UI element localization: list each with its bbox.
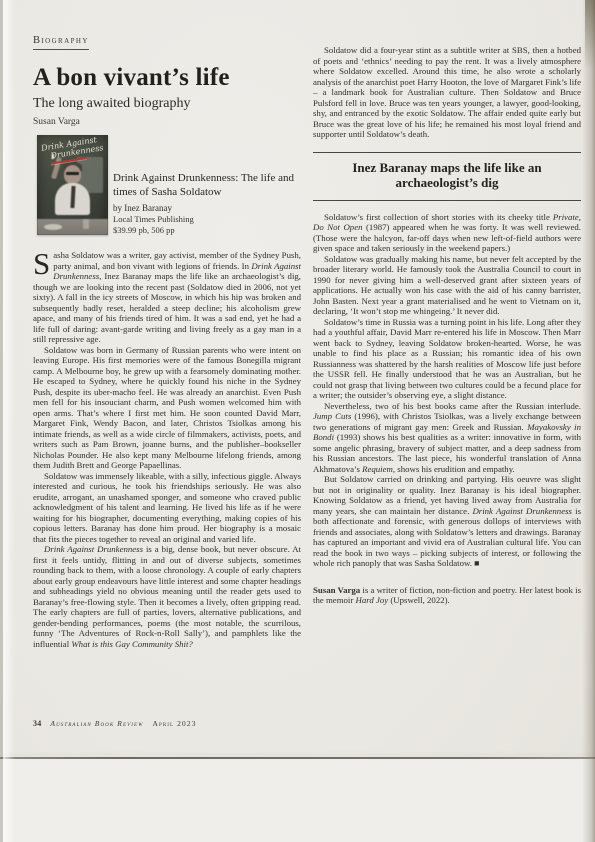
cover-glasses-shape: [66, 172, 79, 175]
page-footer: 34 Australian Book Review April 2023: [33, 719, 197, 728]
page-corner-shadow: [585, 0, 595, 70]
article-body-right: Soldatow did a four-year stint as a subt…: [313, 45, 581, 606]
issue-date: April 2023: [152, 719, 196, 728]
article-paragraph: But Soldatow carried on drinking and par…: [313, 474, 581, 569]
article-title: A bon vivant’s life: [33, 64, 301, 92]
book-cover-image: Drink Against Drunkenness: [37, 135, 108, 235]
section-kicker: Biography: [33, 30, 301, 50]
book-author: by Inez Baranay: [113, 203, 299, 214]
article-paragraph: Soldatow did a four-year stint as a subt…: [313, 45, 581, 140]
article-body-left: Sasha Soldatow was a writer, gay activis…: [33, 250, 301, 649]
cover-glass-shape: [83, 219, 89, 229]
article-paragraph: Soldatow was born in Germany of Russian …: [33, 345, 301, 471]
book-details-block: Drink Against Drunkenness Drink Against …: [33, 135, 301, 235]
scanner-background: [0, 759, 595, 842]
article-paragraph: Nevertheless, two of his best books came…: [313, 401, 581, 475]
right-column: Soldatow did a four-year stint as a subt…: [313, 45, 581, 606]
left-column: Biography A bon vivant’s life The long a…: [33, 30, 301, 649]
book-info: Drink Against Drunkenness: The life and …: [113, 172, 299, 236]
article-paragraph: Soldatow was gradually making his name, …: [313, 254, 581, 317]
article-subtitle: The long awaited biography: [33, 96, 301, 112]
book-price-format: $39.99 pb, 506 pp: [113, 225, 299, 236]
article-paragraph: Drink Against Drunkenness is a big, dens…: [33, 544, 301, 649]
section-kicker-label: Biography: [33, 35, 89, 50]
book-title: Drink Against Drunkenness: The life and …: [113, 172, 299, 199]
pull-quote: Inez Baranay maps the life like an archa…: [313, 152, 581, 201]
article-paragraph: Soldatow’s first collection of short sto…: [313, 212, 581, 254]
drop-cap: S: [33, 250, 53, 277]
paragraph-text: asha Soldatow was a writer, gay activist…: [33, 250, 301, 344]
cover-plate-shape: [44, 224, 62, 230]
article-paragraph: Soldatow’s time in Russia was a turning …: [313, 317, 581, 401]
page-number: 34: [33, 719, 41, 728]
pull-quote-text: Inez Baranay maps the life like an archa…: [347, 160, 547, 191]
author-byline: Susan Varga: [33, 117, 301, 127]
contributor-bio: Susan Varga is a writer of fiction, non-…: [313, 585, 581, 606]
journal-name: Australian Book Review: [50, 719, 143, 728]
magazine-page: Biography A bon vivant’s life The long a…: [0, 0, 595, 842]
article-paragraph: Sasha Soldatow was a writer, gay activis…: [33, 250, 301, 345]
page-left-edge-highlight: [3, 0, 15, 842]
page-right-edge-shadow: [582, 0, 595, 842]
book-publisher: Local Times Publishing: [113, 214, 299, 225]
article-paragraph: Soldatow was immensely likeable, with a …: [33, 471, 301, 545]
